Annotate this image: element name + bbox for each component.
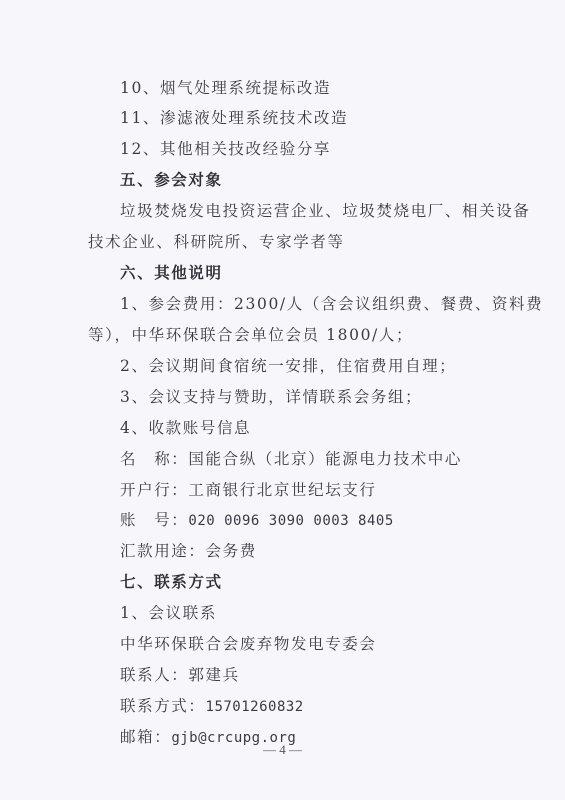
contact-person: 联系人：郭建兵	[120, 665, 240, 685]
account-number: 账 号：020 0096 3090 0003 8405	[120, 510, 394, 531]
phone-value: 15701260832	[206, 699, 304, 715]
page-number: — 4 —	[0, 742, 565, 758]
list-item: 2、会议期间食宿统一安排，住宿费用自理；	[120, 356, 456, 376]
payment-purpose: 汇款用途：会务费	[120, 541, 257, 561]
paragraph-line: 等），中华环保联合会单位会员 1800/人；	[88, 325, 413, 345]
list-item: 1、会议联系	[120, 603, 217, 623]
paragraph-line: 垃圾焚烧发电投资运营企业、垃圾焚烧电厂、相关设备	[120, 201, 530, 221]
section-heading: 七、联系方式	[120, 572, 223, 592]
bank-name: 开户行：工商银行北京世纪坛支行	[120, 480, 377, 500]
section-heading: 六、其他说明	[120, 263, 223, 283]
contact-phone: 联系方式：15701260832	[120, 696, 304, 717]
section-heading: 五、参会对象	[120, 170, 223, 190]
paragraph-line: 技术企业、科研院所、专家学者等	[88, 232, 345, 252]
list-item: 4、收款账号信息	[120, 418, 251, 438]
list-item: 12、其他相关技改经验分享	[120, 139, 331, 159]
paragraph-line: 1、参会费用：2300/人（含会议组织费、餐费、资料费	[120, 294, 543, 314]
account-number-value: 020 0096 3090 0003 8405	[188, 513, 393, 529]
list-item: 11、渗滤液处理系统技术改造	[120, 108, 348, 128]
document-page: 10、烟气处理系统提标改造 11、渗滤液处理系统技术改造 12、其他相关技改经验…	[0, 0, 565, 800]
organization: 中华环保联合会废弃物发电专委会	[120, 634, 377, 654]
list-item: 3、会议支持与赞助，详情联系会务组；	[120, 387, 422, 407]
account-number-label: 账 号：	[120, 511, 188, 529]
list-item: 10、烟气处理系统提标改造	[120, 78, 331, 98]
phone-label: 联系方式：	[120, 697, 206, 715]
account-name: 名 称：国能合纵（北京）能源电力技术中心	[120, 449, 462, 469]
